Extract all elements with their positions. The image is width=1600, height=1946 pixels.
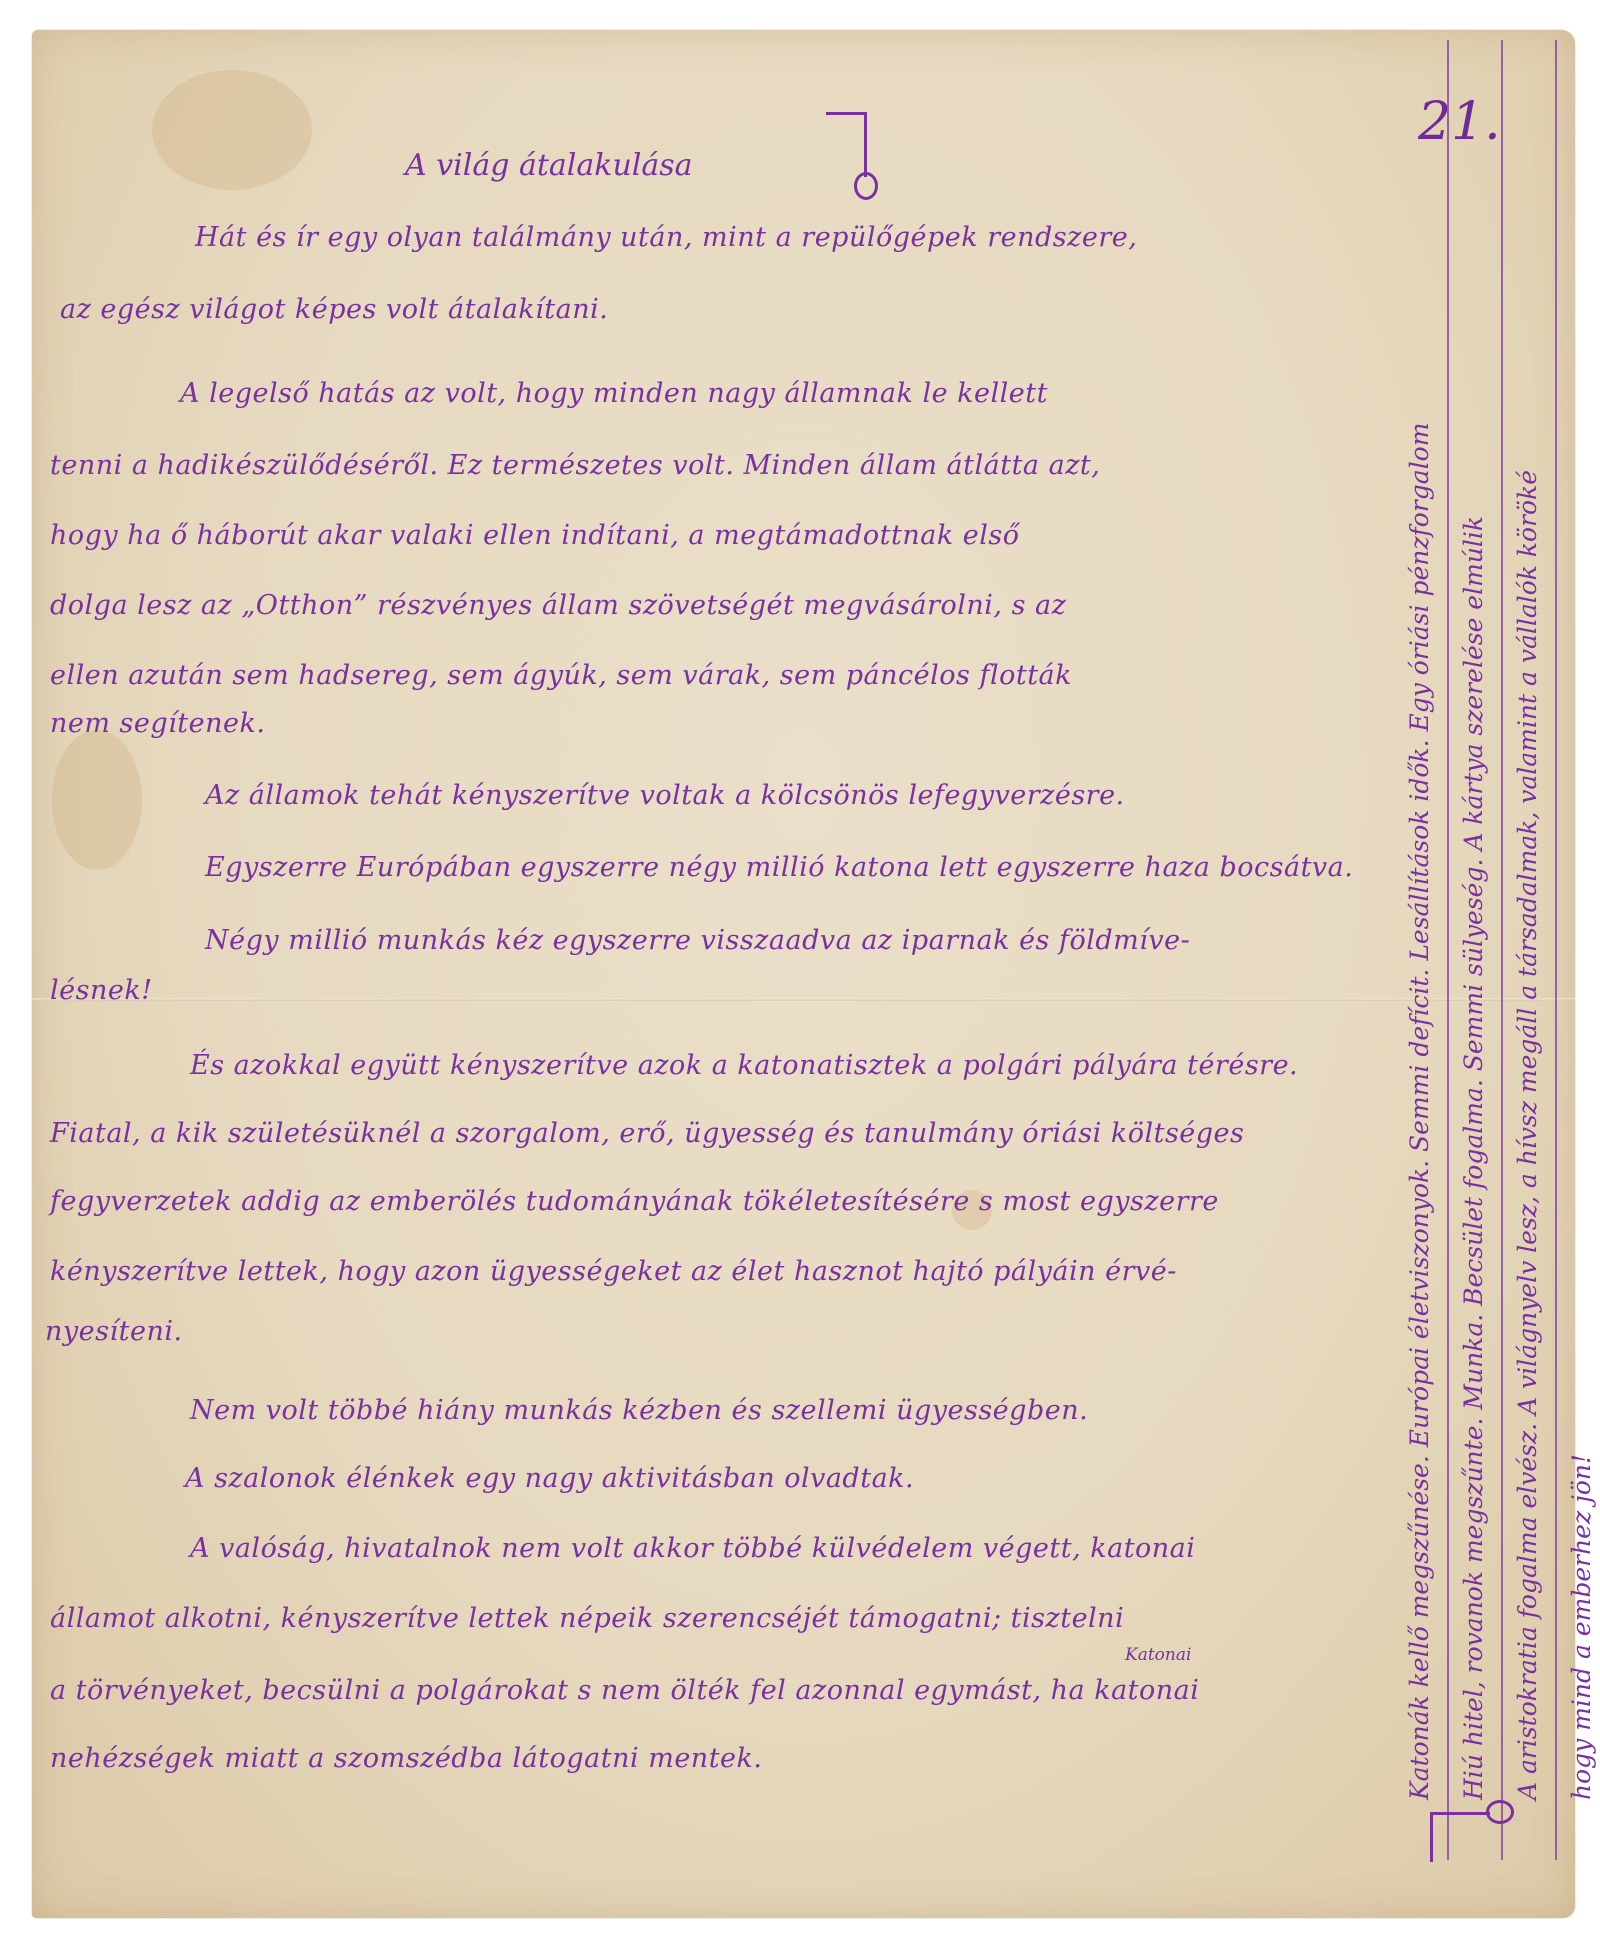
text-line: Egyszerre Európában egyszerre négy milli… <box>205 852 1353 883</box>
interlinear-insertion: Katonai <box>1125 1645 1191 1665</box>
paper-stain <box>152 70 312 190</box>
text-line: Hát és ír egy olyan találmány után, mint… <box>195 222 1137 253</box>
text-line: nyesíteni. <box>45 1316 183 1347</box>
text-line: Fiatal, a kik születésüknél a szorgalom,… <box>50 1118 1244 1149</box>
text-line: És azokkal együtt kényszerítve azok a ka… <box>190 1050 1298 1081</box>
text-line: tenni a hadikészülődéséről. Ez természet… <box>50 450 1100 481</box>
text-line: a törvényeket, becsülni a polgárokat s n… <box>50 1675 1199 1706</box>
margin-note-line: A aristokratia fogalma elvész. A világny… <box>1503 40 1557 1860</box>
text-line: Nem volt többé hiány munkás kézben és sz… <box>190 1395 1088 1426</box>
text-line: ellen azután sem hadsereg, sem ágyúk, se… <box>50 660 1072 691</box>
paper-stain <box>52 730 142 870</box>
page-title: A világ átalakulása <box>405 148 693 183</box>
margin-note-line: Katonák kellő megszűnése. Európai életvi… <box>1395 40 1449 1860</box>
fold-crease <box>32 998 1575 1001</box>
text-line: A szalonok élénkek egy nagy aktivitásban… <box>185 1463 914 1494</box>
text-line: dolga lesz az „Otthon” részvényes állam … <box>50 590 1066 621</box>
text-line: lésnek! <box>50 975 153 1006</box>
text-line: nehézségek miatt a szomszédba látogatni … <box>50 1743 762 1774</box>
text-line: fegyverzetek addig az emberölés tudomány… <box>50 1186 1219 1217</box>
text-line: Négy millió munkás kéz egyszerre visszaa… <box>205 925 1190 956</box>
text-line: Az államok tehát kényszerítve voltak a k… <box>205 780 1125 811</box>
margin-note-line: hogy mind a emberhez jön! <box>1557 40 1600 1860</box>
insertion-bracket-mark <box>826 112 867 177</box>
insertion-circle-mark <box>854 172 878 200</box>
text-line: államot alkotni, kényszerítve lettek nép… <box>50 1603 1124 1634</box>
text-line: az egész világot képes volt átalakítani. <box>60 294 608 325</box>
margin-note: Katonák kellő megszűnése. Európai életvi… <box>1395 40 1600 1860</box>
text-line: nem segítenek. <box>50 708 265 739</box>
text-line: hogy ha ő háborút akar valaki ellen indí… <box>50 520 1020 551</box>
text-line: A legelső hatás az volt, hogy minden nag… <box>180 378 1048 409</box>
text-line: kényszerítve lettek, hogy azon ügyessége… <box>50 1256 1177 1287</box>
text-line: A valóság, hivatalnok nem volt akkor töb… <box>190 1533 1195 1564</box>
margin-note-line: Hiú hitel, rovanok megszűnte. Munka. Bec… <box>1449 40 1503 1860</box>
